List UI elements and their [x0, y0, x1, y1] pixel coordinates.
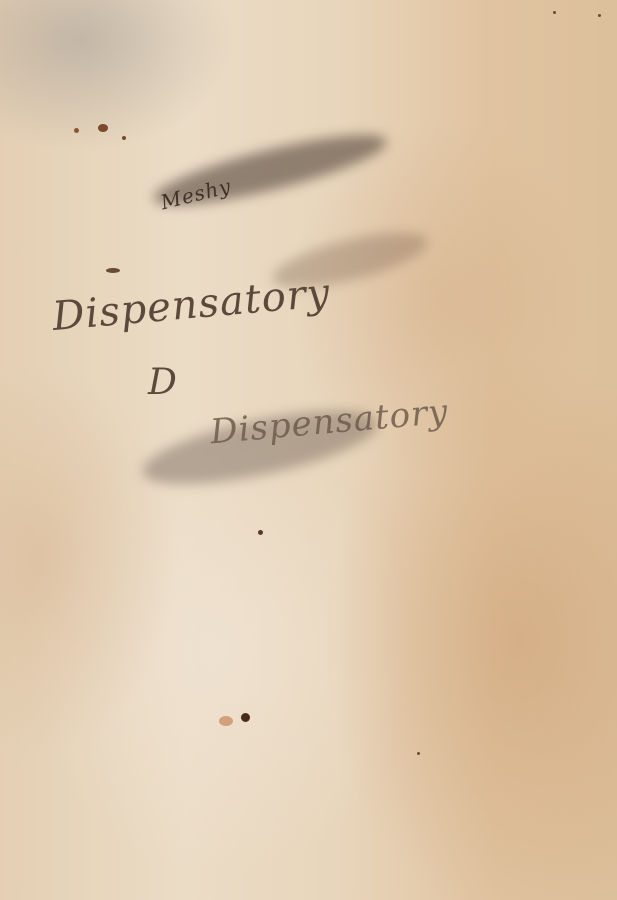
foxing-spot	[74, 128, 79, 133]
foxing-stain	[219, 716, 233, 726]
foxing-spot	[122, 136, 126, 140]
manuscript-page: Meshy Dispensatory D Dispensatory	[0, 0, 617, 900]
foxing-spot	[106, 268, 120, 273]
foxing-spot	[258, 530, 263, 535]
handwritten-title-dispensatory: Dispensatory	[51, 270, 333, 340]
ink-blot	[241, 713, 250, 722]
handwritten-letter-d: D	[148, 362, 178, 403]
foxing-spot	[553, 11, 556, 14]
foxing-spot	[417, 752, 420, 755]
foxing-spot	[98, 124, 108, 132]
foxing-spot	[598, 14, 601, 17]
